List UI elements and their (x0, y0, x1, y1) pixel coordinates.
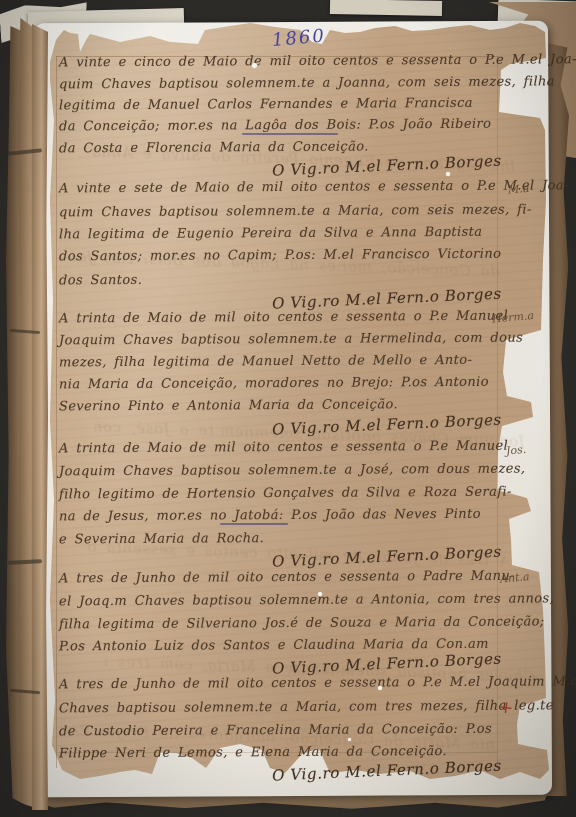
record-line: filha legitima de Silveriano Jos.é de So… (59, 615, 505, 638)
placename-underline (220, 523, 288, 525)
paper-speck (348, 738, 351, 741)
record-line: Chaves baptisou solemnem.te a Maria, com… (59, 699, 505, 722)
record-line: filho legitimo de Hortensio Gonçalves da… (59, 485, 505, 508)
record-line: A vinte e cinco de Maio de mil oito cent… (59, 53, 505, 76)
record-line: nia Maria da Conceição, moradores no Bre… (59, 375, 505, 398)
record-line: de Custodio Pereira e Francelina Maria d… (59, 722, 505, 745)
paper-speck (318, 592, 322, 596)
paper-speck (378, 686, 382, 690)
record-line: A tres de Junho de mil oito centos e ses… (59, 675, 505, 698)
record-line: Joaquim Chaves baptisou solemnem.te a Jo… (59, 462, 505, 485)
record-line: na de Jesus, mor.es no Jatobá: P.os João… (59, 507, 505, 530)
record-line: da Conceição; mor.es na Lagôa dos Bois: … (59, 117, 505, 140)
record-line: A vinte e sete de Maio de mil oito cento… (59, 179, 505, 202)
record-line: quim Chaves baptisou solemnem.te a Joann… (59, 75, 505, 98)
record-line: lha legitima de Eugenio Pereira da Silva… (59, 225, 505, 248)
photo-of-manuscript: { "document": { "year_annotation": "1860… (0, 0, 576, 817)
folded-underpaper-topmid (330, 0, 442, 16)
paper-speck (446, 172, 450, 176)
record-line: Joaquim Chaves baptisou solemnem.te a He… (59, 331, 505, 354)
ruled-frame-line-left (56, 56, 57, 768)
red-cross-mark: + (498, 697, 515, 719)
record-line: A trinta de Maio de mil oito centos e se… (59, 439, 505, 462)
paper-speck (252, 63, 257, 68)
record-line: el Joaq.m Chaves baptisou solemnem.te a … (59, 592, 505, 615)
record-line: legitima de Manuel Carlos Fernandes e Ma… (59, 96, 505, 119)
placename-underline (242, 133, 338, 135)
record-line: dos Santos; mor.es no Capim; P.os: M.el … (59, 247, 505, 270)
record-line: quim Chaves baptisou solemnem.te a Maria… (59, 203, 505, 226)
record-line: A tres de Junho de mil oito centos e ses… (59, 569, 505, 592)
record-line: mezes, filha legitima de Manuel Netto de… (59, 353, 505, 376)
record-line: A trinta de Maio de mil oito centos e se… (59, 309, 505, 332)
